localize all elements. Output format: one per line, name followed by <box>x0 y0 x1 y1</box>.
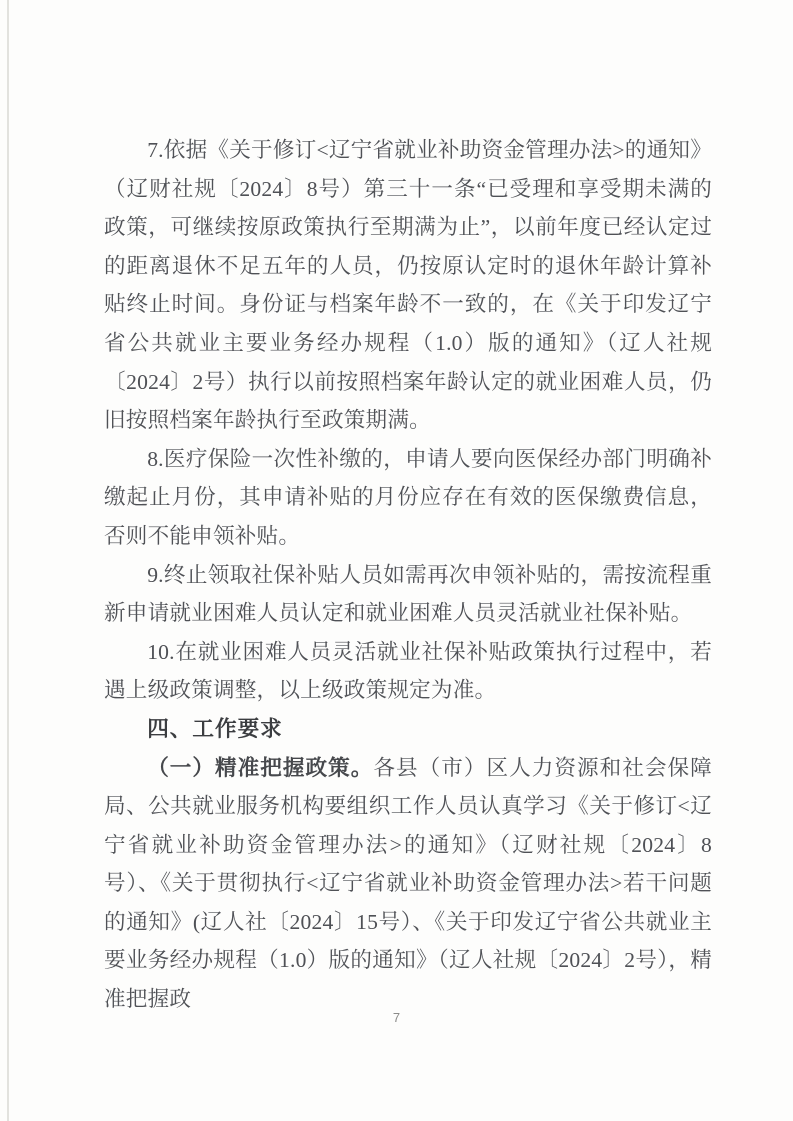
paragraph-item-8: 8.医疗保险一次性补缴的，申请人要向医保经办部门明确补缴起止月份，其申请补贴的月… <box>104 440 712 556</box>
paragraph-item-11: （一）精准把握政策。各县（市）区人力资源和社会保障局、公共就业服务机构要组织工作… <box>104 749 712 1019</box>
paragraph-body-text: 各县（市）区人力资源和社会保障局、公共就业服务机构要组织工作人员认真学习《关于修… <box>104 756 712 1012</box>
document-page: 7.依据《关于修订<辽宁省就业补助资金管理办法>的通知》（辽财社规〔2024〕8… <box>0 0 793 1121</box>
paragraph-item-10: 10.在就业困难人员灵活就业社保补贴政策执行过程中，若遇上级政策调整，以上级政策… <box>104 633 712 710</box>
section-heading-work-requirements: 四、工作要求 <box>104 710 712 749</box>
paragraph-item-7: 7.依据《关于修订<辽宁省就业补助资金管理办法>的通知》（辽财社规〔2024〕8… <box>104 131 712 440</box>
page-number: 7 <box>0 1008 793 1028</box>
paragraph-lead-bold: （一）精准把握政策。 <box>147 756 373 780</box>
paragraph-item-9: 9.终止领取社保补贴人员如需再次申领补贴的，需按流程重新申请就业困难人员认定和就… <box>104 556 712 633</box>
document-body: 7.依据《关于修订<辽宁省就业补助资金管理办法>的通知》（辽财社规〔2024〕8… <box>104 131 712 1019</box>
scan-edge-artifact <box>7 0 9 1121</box>
